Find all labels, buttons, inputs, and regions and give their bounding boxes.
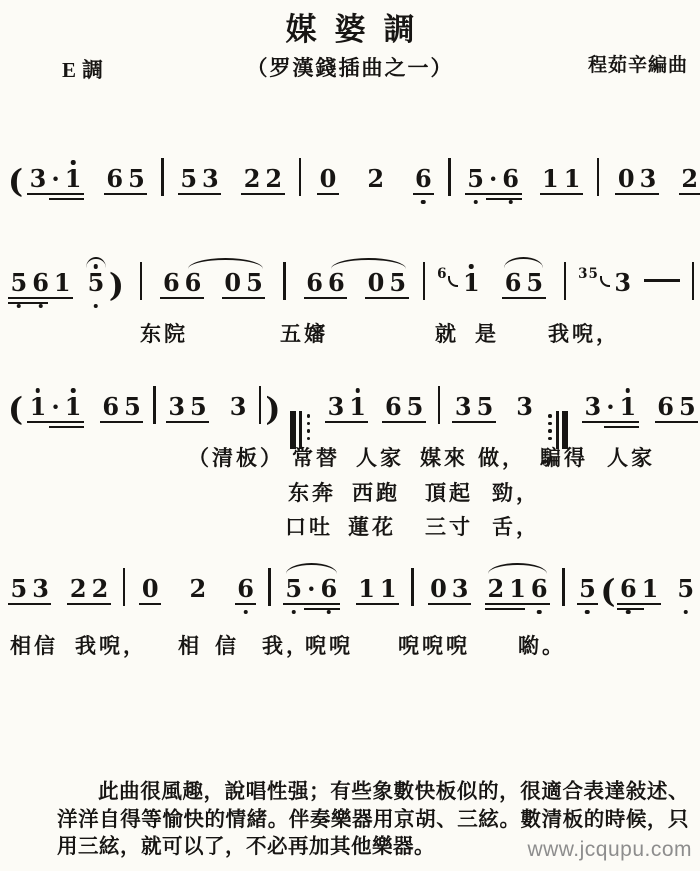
note: 216 (485, 577, 550, 605)
note: 0 (317, 167, 339, 195)
note-digit: 1 (460, 271, 482, 295)
barline (423, 262, 426, 300)
barline (562, 568, 565, 606)
octave-dot-below (38, 304, 43, 309)
repeat-dots (548, 414, 552, 440)
lyric-word: 我唲， (75, 630, 147, 660)
barline (259, 386, 262, 424)
note: 6 (413, 167, 435, 195)
repeat-dot (307, 429, 311, 433)
repeat-dot (548, 414, 552, 418)
note: 11 (540, 167, 583, 195)
note: 65 (100, 395, 143, 423)
music-line-1: (3·16553220265·6110326 (8, 142, 698, 218)
note: 61 (437, 271, 482, 297)
note-digit: 5 (675, 577, 697, 601)
note-digit: 3 (227, 395, 249, 419)
note: 35 (452, 395, 495, 423)
octave-dot-below (243, 610, 248, 615)
grace-notes: 6 (437, 268, 447, 282)
parenthesis: ( (8, 162, 23, 200)
octave-dot-above (355, 388, 360, 393)
note-digit: 6 (382, 395, 404, 419)
lyric-word: 喲。 (518, 630, 566, 660)
note-digit: 5 (524, 271, 546, 295)
repeat-dot (548, 437, 552, 441)
note: 5 (577, 577, 599, 605)
note-digit: 5 (404, 395, 426, 419)
note-digit: 0 (365, 271, 387, 295)
lyric-word: 我唲， (548, 318, 620, 348)
lyric-word: 騙得 (540, 442, 588, 472)
note-digit: 6 (528, 577, 550, 601)
note-digit: 3 (325, 395, 347, 419)
octave-dot-above (469, 264, 474, 269)
barline (153, 386, 156, 424)
note-digit: 0 (139, 577, 161, 601)
double-underline (604, 426, 639, 429)
lyric-word: 媒來 (420, 442, 468, 472)
note: 22 (67, 577, 110, 605)
octave-dot-above (626, 388, 631, 393)
double-underline (617, 608, 644, 611)
repeat-dot (307, 437, 311, 441)
note-digit: 6 (100, 395, 122, 419)
note-digit: 1 (27, 395, 49, 419)
note-digit: 1 (639, 577, 661, 601)
note-digit: · (305, 577, 318, 601)
octave-dot-below (683, 610, 688, 615)
lyrics-line-3: 东奔西跑頂起勁， (0, 477, 700, 509)
note-digit: 2 (241, 167, 263, 191)
note-digit: 2 (485, 577, 507, 601)
note-digit: 5 (387, 271, 409, 295)
parenthesis: ) (109, 266, 124, 304)
note-digit: 3 (200, 167, 222, 191)
barline (438, 386, 441, 424)
note-digit: 3 (514, 395, 536, 419)
lyric-word: 唲唲唲 (398, 630, 470, 660)
octave-dot-below (292, 610, 297, 615)
barline (123, 568, 126, 606)
barline (448, 158, 451, 196)
note-digit: 0 (428, 577, 450, 601)
note: 31 (325, 395, 368, 423)
note-digit: 5 (178, 167, 200, 191)
slur-arc (86, 257, 106, 268)
note-digit: 2 (89, 577, 111, 601)
lyric-word: 东院 (140, 318, 188, 348)
note: 05 (365, 271, 408, 299)
note-digit: 6 (235, 577, 257, 601)
octave-dot-above (71, 388, 76, 393)
note: 0 (139, 577, 161, 605)
octave-dot-above (71, 160, 76, 165)
note-digit: 5 (126, 167, 148, 191)
note-digit: 5 (85, 271, 107, 295)
note-digit: 0 (222, 271, 244, 295)
slur-arc (286, 563, 337, 574)
barline (140, 262, 143, 300)
note-digit: 5 (283, 577, 305, 601)
note: 03 (615, 167, 658, 195)
octave-dot-below (94, 304, 99, 309)
repeat-dot (548, 429, 552, 433)
octave-dot-below (626, 610, 631, 615)
note: 561 (8, 271, 73, 299)
double-underline (49, 198, 84, 201)
lyric-word: 相信 (10, 630, 58, 660)
note-digit: 6 (325, 271, 347, 295)
note-digit: 6 (655, 395, 677, 419)
note: 5 (85, 271, 107, 297)
note-digit: 5 (577, 577, 599, 601)
grace-notes: 35 (578, 268, 599, 282)
note-digit: 1 (347, 395, 369, 419)
note-digit: 3 (582, 395, 604, 419)
note-digit: 1 (51, 271, 73, 295)
note-digit: 5 (676, 395, 698, 419)
note-digit: 2 (679, 167, 700, 191)
note-digit: 6 (304, 271, 326, 295)
note-digit: 6 (502, 271, 524, 295)
note: 3 (514, 395, 536, 421)
note: 6 (235, 577, 257, 605)
barline (299, 158, 302, 196)
note-digit: · (486, 167, 499, 191)
note-digit: 6 (413, 167, 435, 191)
note: 5·6 (465, 167, 522, 195)
note: 2 (187, 577, 209, 603)
note-digit: 5 (8, 271, 30, 295)
note: 2 (365, 167, 387, 193)
repeat-dot (548, 422, 552, 426)
note: 5 (675, 577, 697, 603)
note-digit: 2 (187, 577, 209, 601)
sheet-music-page: 媒婆調 E調 （罗漢錢插曲之一） 程茹辛編曲 (3·16553220265·61… (0, 0, 700, 871)
barline (411, 568, 414, 606)
note-digit: 6 (104, 167, 126, 191)
lyrics-line-5: 相信我唲，相信我，唲唲唲唲唲喲。 (0, 630, 700, 662)
note-digit: 0 (615, 167, 637, 191)
octave-dot-below (327, 610, 332, 615)
note: 66 (160, 271, 203, 299)
lyric-word: 頂起 (425, 477, 473, 507)
note-digit: 1 (62, 395, 84, 419)
lyric-word: 唲唲 (305, 630, 353, 660)
note: 35 (166, 395, 209, 423)
note-digit: 5 (188, 395, 210, 419)
note-digit: 5 (474, 395, 496, 419)
lyric-word: 人家 (607, 442, 655, 472)
note: 65 (655, 395, 698, 423)
lyric-word: 人家 (356, 442, 404, 472)
note-digit: 1 (540, 167, 562, 191)
slur-arc (504, 257, 543, 268)
note-digit: 1 (62, 167, 84, 191)
note: 03 (428, 577, 471, 605)
lyric-word: 三寸 (425, 511, 473, 541)
repeat-dots (307, 414, 311, 440)
parenthesis: ( (8, 390, 23, 428)
lyric-word: （清板） (188, 442, 284, 472)
lyric-word: 勁， (492, 477, 540, 507)
note: 1·1 (27, 395, 84, 423)
note: 66 (304, 271, 347, 299)
barline (564, 262, 567, 300)
octave-dot-above (36, 388, 41, 393)
note-digit: 6 (318, 577, 340, 601)
lyric-word: 五嬸 (280, 318, 328, 348)
double-underline (304, 608, 339, 611)
note: 22 (241, 167, 284, 195)
note-digit: · (604, 395, 617, 419)
double-underline (8, 302, 48, 305)
dash-extension (644, 279, 680, 283)
octave-dot-below (17, 304, 22, 309)
octave-dot-below (421, 200, 426, 205)
double-underline (485, 608, 525, 611)
note: 53 (178, 167, 221, 195)
barline (161, 158, 164, 196)
lyrics-line-2: （清板）常替人家媒來做，騙得人家 (0, 442, 700, 474)
note-digit: 3 (166, 395, 188, 419)
note-digit: 1 (356, 577, 378, 601)
lyric-word: 是 (475, 318, 499, 348)
slur-arc (488, 563, 547, 574)
note: 5·6 (283, 577, 340, 605)
note: 65 (502, 271, 545, 299)
note-digit: 3 (612, 271, 634, 295)
note-digit: 3 (637, 167, 659, 191)
lyric-word: 做， (478, 442, 526, 472)
double-underline (486, 198, 521, 201)
note-digit: 5 (122, 395, 144, 419)
repeat-dot (307, 414, 311, 418)
lyric-word: 舌， (492, 511, 540, 541)
parenthesis: ( (600, 572, 615, 610)
note-digit: 5 (8, 577, 30, 601)
note: 3 (227, 395, 249, 421)
note-digit: 1 (507, 577, 529, 601)
barline (268, 568, 271, 606)
note: 65 (382, 395, 425, 423)
note-digit: 2 (263, 167, 285, 191)
arranger-credit: 程茹辛編曲 (588, 50, 688, 77)
music-line-4: 53220265·611032165(615) (8, 552, 698, 628)
note: 61 (617, 577, 660, 605)
parenthesis: ) (265, 390, 280, 428)
octave-dot-below (473, 200, 478, 205)
octave-dot-below (585, 610, 590, 615)
note-digit: 2 (365, 167, 387, 191)
note-digit: 3 (27, 167, 49, 191)
note-digit: 1 (377, 577, 399, 601)
song-title: 媒婆調 (0, 4, 700, 49)
slur-group: 6605 (160, 271, 265, 299)
note-digit: 6 (30, 271, 52, 295)
note-digit: 1 (617, 395, 639, 419)
note-digit: 0 (317, 167, 339, 191)
lyric-word: 相 (178, 630, 202, 660)
grace-hook (448, 276, 458, 287)
note-digit: 5 (465, 167, 487, 191)
note-digit: 3 (449, 577, 471, 601)
note-digit: 6 (500, 167, 522, 191)
lyric-word: 口吐 (285, 511, 333, 541)
repeat-dot (307, 422, 311, 426)
lyric-word: 我， (262, 630, 310, 660)
note-digit: 3 (452, 395, 474, 419)
music-line-3: (1·165353)31653533·165 (8, 370, 698, 446)
lyric-word: 就 (435, 318, 459, 348)
lyric-word: 信 (215, 630, 239, 660)
lyric-word: 蓮花 (348, 511, 396, 541)
grace-hook (600, 276, 610, 287)
slur-group: 6605 (304, 271, 409, 299)
note-digit: 3 (30, 577, 52, 601)
note-digit: · (49, 395, 62, 419)
double-underline (49, 426, 84, 429)
note-digit: · (49, 167, 62, 191)
note: 3·1 (27, 167, 84, 195)
barline (597, 158, 600, 196)
octave-dot-below (537, 610, 542, 615)
lyrics-line-4: 口吐蓮花三寸舌， (0, 511, 700, 543)
note: 53 (8, 577, 51, 605)
watermark-url: www.jcqupu.com (527, 838, 692, 862)
note-digit: 6 (182, 271, 204, 295)
note: 3·1 (582, 395, 639, 423)
note: 11 (356, 577, 399, 605)
note: 353 (578, 271, 634, 297)
lyric-word: 西跑 (352, 477, 400, 507)
octave-dot-below (508, 200, 513, 205)
lyrics-line-1: 东院五嬸就是我唲， (0, 318, 700, 350)
note-digit: 6 (160, 271, 182, 295)
lyric-word: 东奔 (288, 477, 336, 507)
note-digit: 6 (617, 577, 639, 601)
note-digit: 5 (244, 271, 266, 295)
barline (692, 262, 695, 300)
note: 05 (222, 271, 265, 299)
note: 65 (104, 167, 147, 195)
note-digit: 2 (67, 577, 89, 601)
lyric-word: 常替 (292, 442, 340, 472)
music-line-2: 5615)660566056165353 (8, 246, 698, 322)
barline (283, 262, 286, 300)
note: 26 (679, 167, 700, 195)
note-digit: 1 (561, 167, 583, 191)
